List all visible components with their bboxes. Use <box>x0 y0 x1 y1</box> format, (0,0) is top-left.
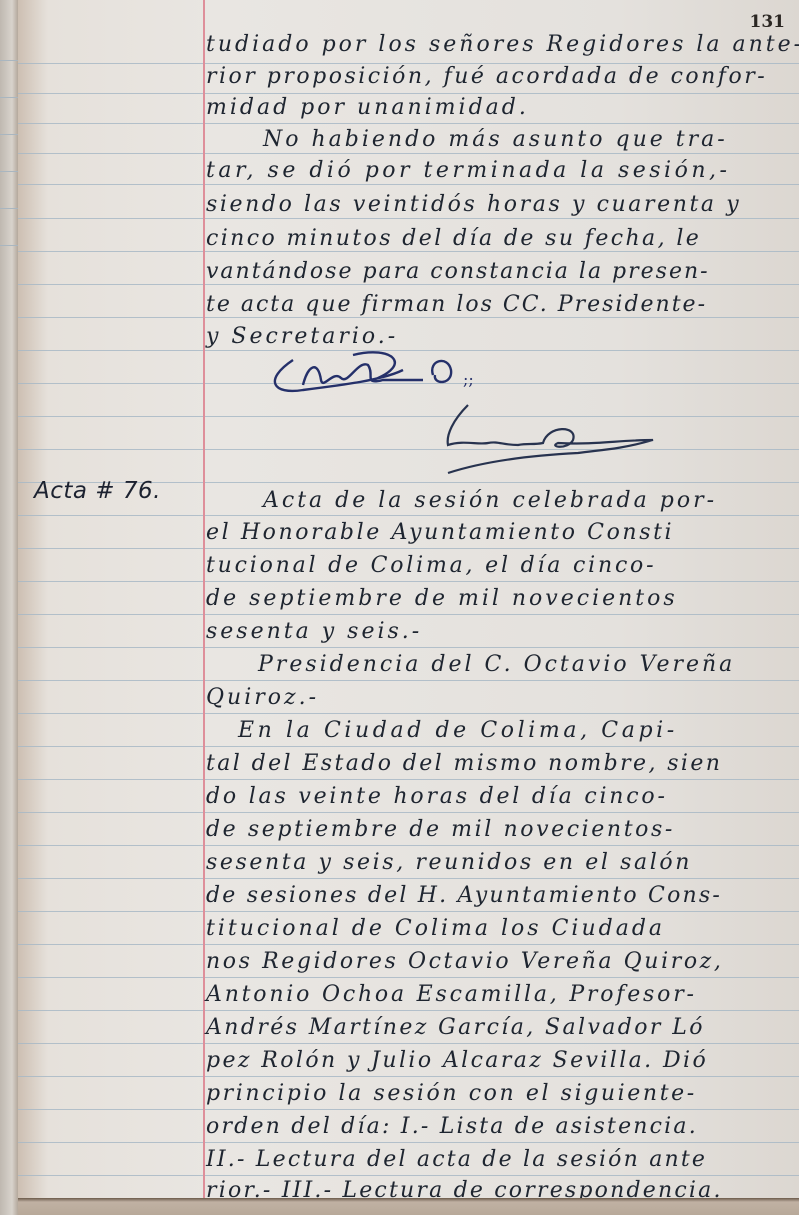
text-line: do las veinte horas del día cinco- <box>206 784 668 809</box>
text-line: de septiembre de mil novecientos- <box>206 817 675 842</box>
text-line: sesenta y seis, reunidos en el salón <box>206 850 692 875</box>
text-line: tar, se dió por terminada la sesión,- <box>206 158 730 183</box>
text-line: principio la sesión con el siguiente- <box>206 1081 697 1106</box>
text-line: titucional de Colima los Ciudada <box>206 916 665 941</box>
text-line: Antonio Ochoa Escamilla, Profesor- <box>206 982 697 1007</box>
president-signature: ;; <box>263 340 523 400</box>
text-line: cinco minutos del día de su fecha, le <box>206 226 701 251</box>
text-line: En la Ciudad de Colima, Capi- <box>238 718 678 743</box>
ledger-page: 131 tudiado por los señores Regidores la… <box>18 0 799 1200</box>
text-line: orden del día: I.- Lista de asistencia. <box>206 1114 698 1139</box>
text-line: rior.- III.- Lectura de correspondencia. <box>206 1178 723 1200</box>
text-line: Presidencia del C. Octavio Vereña <box>258 652 735 677</box>
page-bottom-edge <box>18 1198 799 1215</box>
text-line: el Honorable Ayuntamiento Consti <box>206 520 674 545</box>
text-line: sesenta y seis.- <box>206 619 422 644</box>
text-line: midad por unanimidad. <box>206 95 529 120</box>
svg-text:;;: ;; <box>463 370 474 389</box>
text-line: de septiembre de mil novecientos <box>206 586 678 611</box>
acta-number-label: Acta # 76. <box>34 478 161 504</box>
text-line: te acta que firman los CC. Presidente- <box>206 292 707 317</box>
text-line: nos Regidores Octavio Vereña Quiroz, <box>206 949 723 974</box>
text-line: No habiendo más asunto que tra- <box>263 127 728 152</box>
red-margin-line <box>203 0 205 1200</box>
text-line: Quiroz.- <box>206 685 319 710</box>
page-number: 131 <box>750 12 786 32</box>
text-line: tucional de Colima, el día cinco- <box>206 553 656 578</box>
text-line: tudiado por los señores Regidores la ant… <box>206 32 799 57</box>
text-line: de sesiones del H. Ayuntamiento Cons- <box>206 883 722 908</box>
text-line: tal del Estado del mismo nombre, sien <box>206 751 722 776</box>
text-line: Andrés Martínez García, Salvador Ló <box>206 1015 705 1040</box>
previous-page-edge <box>0 0 20 1215</box>
text-line: pez Rolón y Julio Alcaraz Sevilla. Dió <box>206 1048 708 1073</box>
text-line: rior proposición, fué acordada de confor… <box>206 64 767 89</box>
secretary-signature <box>418 395 718 475</box>
text-line: Acta de la sesión celebrada por- <box>263 488 717 513</box>
text-line: II.- Lectura del acta de la sesión ante <box>206 1147 707 1172</box>
text-line: siendo las veintidós horas y cuarenta y <box>206 192 741 217</box>
text-line: vantándose para constancia la presen- <box>206 259 710 284</box>
